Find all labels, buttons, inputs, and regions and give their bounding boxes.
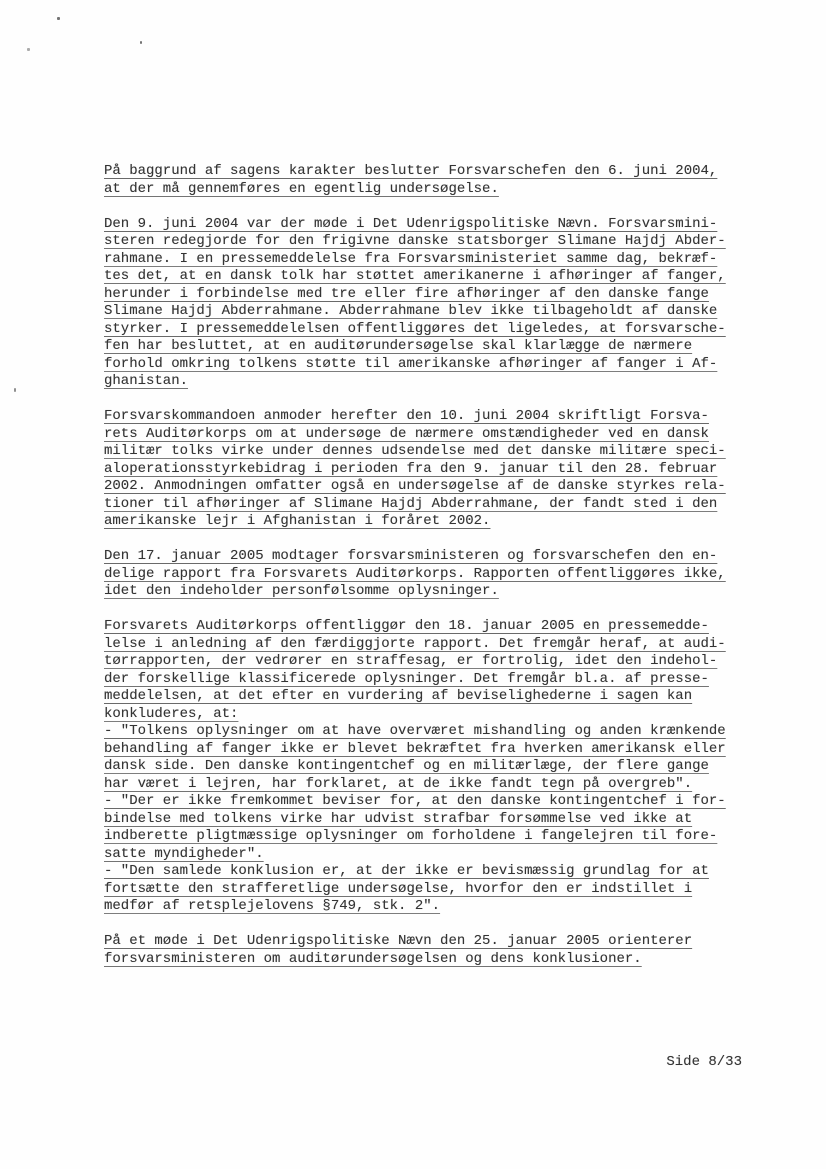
paragraph-2: Den 9. juni 2004 var der møde i Det Uden… bbox=[104, 216, 764, 391]
text-line: Forsvarskommandoen anmoder herefter den … bbox=[104, 408, 764, 426]
text-line: Slimane Hajdj Abderrahmane. Abderrahmane… bbox=[104, 303, 764, 321]
text-line: amerikanske lejr i Afghanistan i foråret… bbox=[104, 513, 764, 531]
text-line: behandling af fanger ikke er blevet bekr… bbox=[104, 741, 764, 759]
text-line: dansk side. Den danske kontingentchef og… bbox=[104, 758, 764, 776]
text-line: indberette pligtmæssige oplysninger om f… bbox=[104, 828, 764, 846]
scan-speck bbox=[140, 41, 142, 44]
document-body: På baggrund af sagens karakter beslutter… bbox=[104, 163, 764, 968]
text-line: delige rapport fra Forsvarets Auditørkor… bbox=[104, 566, 764, 584]
scan-speck bbox=[27, 48, 30, 51]
text-line: fen har besluttet, at en auditørundersøg… bbox=[104, 338, 764, 356]
text-line: styrker. I pressemeddelelsen offentliggø… bbox=[104, 321, 764, 339]
text-line: Forsvarets Auditørkorps offentliggør den… bbox=[104, 618, 764, 636]
text-line: satte myndigheder". bbox=[104, 846, 764, 864]
paragraph-5: Forsvarets Auditørkorps offentliggør den… bbox=[104, 618, 764, 723]
text-line: medfør af retsplejelovens §749, stk. 2". bbox=[104, 898, 764, 916]
text-line: rets Auditørkorps om at undersøge de nær… bbox=[104, 426, 764, 444]
text-line: På et møde i Det Udenrigspolitiske Nævn … bbox=[104, 933, 764, 951]
text-line: herunder i forbindelse med tre eller fir… bbox=[104, 286, 764, 304]
text-line: aloperationsstyrkebidrag i perioden fra … bbox=[104, 461, 764, 479]
scan-speck bbox=[57, 17, 60, 20]
text-line: På baggrund af sagens karakter beslutter… bbox=[104, 163, 764, 181]
text-line: - "Der er ikke fremkommet beviser for, a… bbox=[104, 793, 764, 811]
text-line: rahmane. I en pressemeddelelse fra Forsv… bbox=[104, 251, 764, 269]
scan-speck bbox=[14, 388, 16, 392]
text-line: der forskellige klassificerede oplysning… bbox=[104, 671, 764, 689]
text-line: har været i lejren, har forklaret, at de… bbox=[104, 776, 764, 794]
scanned-document-page: På baggrund af sagens karakter beslutter… bbox=[0, 0, 826, 1169]
conclusion-quote-3: - "Den samlede konklusion er, at der ikk… bbox=[104, 863, 764, 916]
paragraph-1: På baggrund af sagens karakter beslutter… bbox=[104, 163, 764, 198]
conclusion-quote-1: - "Tolkens oplysninger om at have overvæ… bbox=[104, 723, 764, 793]
text-line: 2002. Anmodningen omfatter også en under… bbox=[104, 478, 764, 496]
text-line: militær tolks virke under dennes udsende… bbox=[104, 443, 764, 461]
conclusion-quote-2: - "Der er ikke fremkommet beviser for, a… bbox=[104, 793, 764, 863]
text-line: tes det, at en dansk tolk har støttet am… bbox=[104, 268, 764, 286]
text-line: forhold omkring tolkens støtte til ameri… bbox=[104, 356, 764, 374]
text-line: tørrapporten, der vedrører en straffesag… bbox=[104, 653, 764, 671]
text-line: forsvarsministeren om auditørundersøgels… bbox=[104, 951, 764, 969]
text-line: meddelelsen, at det efter en vurdering a… bbox=[104, 688, 764, 706]
text-line: Den 9. juni 2004 var der møde i Det Uden… bbox=[104, 216, 764, 234]
page-number: Side 8/33 bbox=[666, 1054, 742, 1072]
text-line: at der må gennemføres en egentlig unders… bbox=[104, 181, 764, 199]
text-line: fortsætte den strafferetlige undersøgels… bbox=[104, 881, 764, 899]
text-line: steren redegjorde for den frigivne dansk… bbox=[104, 233, 764, 251]
text-line: - "Tolkens oplysninger om at have overvæ… bbox=[104, 723, 764, 741]
paragraph-4: Den 17. januar 2005 modtager forsvarsmin… bbox=[104, 548, 764, 601]
text-line: bindelse med tolkens virke har udvist st… bbox=[104, 811, 764, 829]
text-line: - "Den samlede konklusion er, at der ikk… bbox=[104, 863, 764, 881]
paragraph-6: På et møde i Det Udenrigspolitiske Nævn … bbox=[104, 933, 764, 968]
text-line: ghanistan. bbox=[104, 373, 764, 391]
text-line: idet den indeholder personfølsomme oplys… bbox=[104, 583, 764, 601]
paragraph-3: Forsvarskommandoen anmoder herefter den … bbox=[104, 408, 764, 531]
text-line: lelse i anledning af den færdiggjorte ra… bbox=[104, 636, 764, 654]
text-line: Den 17. januar 2005 modtager forsvarsmin… bbox=[104, 548, 764, 566]
text-line: konkluderes, at: bbox=[104, 706, 764, 724]
text-line: tioner til afhøringer af Slimane Hajdj A… bbox=[104, 496, 764, 514]
